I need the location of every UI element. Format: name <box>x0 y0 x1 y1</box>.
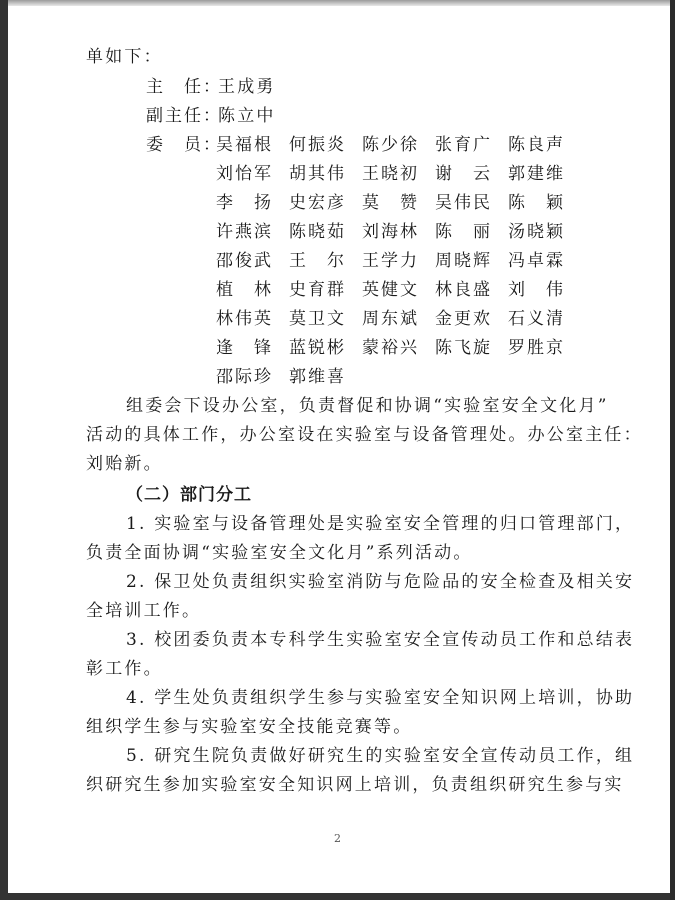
member-name: 刘 伟 <box>508 275 581 300</box>
page-number: 2 <box>334 832 341 845</box>
director-name: 王成勇 <box>218 72 276 97</box>
member-name: 植 林 <box>216 275 289 300</box>
member-name: 许燕滨 <box>216 217 289 242</box>
intro-line: 单如下： <box>86 42 163 67</box>
member-name: 郭维喜 <box>289 362 362 387</box>
member-name: 林良盛 <box>435 275 508 300</box>
member-name: 邵俊武 <box>216 246 289 271</box>
director-label: 主 任： <box>146 72 222 97</box>
duty-1-line-2: 负责全面协调“实验室安全文化月”系列活动。 <box>86 538 473 563</box>
duty-4-line-1: 4. 学生处负责组织学生参与实验室安全知识网上培训，协助 <box>126 683 634 708</box>
member-name: 何振炎 <box>289 130 362 155</box>
member-name: 吴伟民 <box>435 188 508 213</box>
office-paragraph-line-2: 活动的具体工作，办公室设在实验室与设备管理处。办公室主任： <box>86 420 643 445</box>
member-name: 陈少徐 <box>362 130 435 155</box>
member-name: 胡其伟 <box>289 159 362 184</box>
duty-2-line-2: 全培训工作。 <box>86 596 201 621</box>
document-page: 单如下： 主 任： 王成勇 副主任： 陈立中 委 员： 吴福根 何振炎 陈少徐 … <box>8 6 670 893</box>
member-name: 蒙裕兴 <box>362 333 435 358</box>
members-row: 刘怡军 胡其伟 王晓初 谢 云 郭建维 <box>216 159 581 184</box>
members-row: 许燕滨 陈晓茹 刘海林 陈 丽 汤晓颖 <box>216 217 581 242</box>
members-row: 植 林 史育群 英健文 林良盛 刘 伟 <box>216 275 581 300</box>
members-row: 林伟英 莫卫文 周东斌 金更欢 石义清 <box>216 304 581 329</box>
member-name: 汤晓颖 <box>508 217 581 242</box>
member-name: 李 扬 <box>216 188 289 213</box>
member-name: 莫 赞 <box>362 188 435 213</box>
member-name: 刘怡军 <box>216 159 289 184</box>
member-name: 英健文 <box>362 275 435 300</box>
member-name: 刘海林 <box>362 217 435 242</box>
members-label: 委 员： <box>146 130 222 155</box>
member-name: 谢 云 <box>435 159 508 184</box>
office-paragraph-line-3: 刘贻新。 <box>86 449 163 474</box>
member-name: 冯卓霖 <box>508 246 581 271</box>
duty-2-line-1: 2. 保卫处负责组织实验室消防与危险品的安全检查及相关安 <box>126 567 634 592</box>
member-name: 邵际珍 <box>216 362 289 387</box>
member-name: 逢 锋 <box>216 333 289 358</box>
duty-3-line-2: 彰工作。 <box>86 654 163 679</box>
member-name: 王晓初 <box>362 159 435 184</box>
member-name: 石义清 <box>508 304 581 329</box>
member-name: 张育广 <box>435 130 508 155</box>
member-name: 王学力 <box>362 246 435 271</box>
member-name: 陈良声 <box>508 130 581 155</box>
viewer-right-edge <box>670 0 675 900</box>
members-row: 逢 锋 蓝锐彬 蒙裕兴 陈飞旋 罗胜京 <box>216 333 581 358</box>
section-heading: （二）部门分工 <box>126 480 252 505</box>
member-name: 陈飞旋 <box>435 333 508 358</box>
member-name: 史宏彦 <box>289 188 362 213</box>
member-name: 金更欢 <box>435 304 508 329</box>
deputy-director-label: 副主任： <box>146 101 222 126</box>
members-row: 吴福根 何振炎 陈少徐 张育广 陈良声 <box>216 130 581 155</box>
member-name: 蓝锐彬 <box>289 333 362 358</box>
members-row: 李 扬 史宏彦 莫 赞 吴伟民 陈 颖 <box>216 188 581 213</box>
members-row: 邵际珍 郭维喜 <box>216 362 362 387</box>
member-name: 史育群 <box>289 275 362 300</box>
member-name: 陈 颖 <box>508 188 581 213</box>
member-name: 林伟英 <box>216 304 289 329</box>
duty-3-line-1: 3. 校团委负责本专科学生实验室安全宣传动员工作和总结表 <box>126 625 634 650</box>
member-name: 罗胜京 <box>508 333 581 358</box>
member-name: 周东斌 <box>362 304 435 329</box>
deputy-director-name: 陈立中 <box>218 101 276 126</box>
member-name: 王 尔 <box>289 246 362 271</box>
duty-5-line-1: 5. 研究生院负责做好研究生的实验室安全宣传动员工作，组 <box>126 741 634 766</box>
member-name: 陈晓茹 <box>289 217 362 242</box>
office-paragraph-line-1: 组委会下设办公室，负责督促和协调“实验室安全文化月” <box>126 391 609 416</box>
member-name: 周晓辉 <box>435 246 508 271</box>
member-name: 郭建维 <box>508 159 581 184</box>
member-name: 莫卫文 <box>289 304 362 329</box>
duty-1-line-1: 1. 实验室与设备管理处是实验室安全管理的归口管理部门， <box>126 509 634 534</box>
duty-4-line-2: 组织学生参与实验室安全技能竞赛等。 <box>86 712 412 737</box>
duty-5-line-2: 织研究生参加实验室安全知识网上培训，负责组织研究生参与实 <box>86 770 624 795</box>
member-name: 吴福根 <box>216 130 289 155</box>
members-row: 邵俊武 王 尔 王学力 周晓辉 冯卓霖 <box>216 246 581 271</box>
document-viewer: 单如下： 主 任： 王成勇 副主任： 陈立中 委 员： 吴福根 何振炎 陈少徐 … <box>0 0 675 900</box>
member-name: 陈 丽 <box>435 217 508 242</box>
